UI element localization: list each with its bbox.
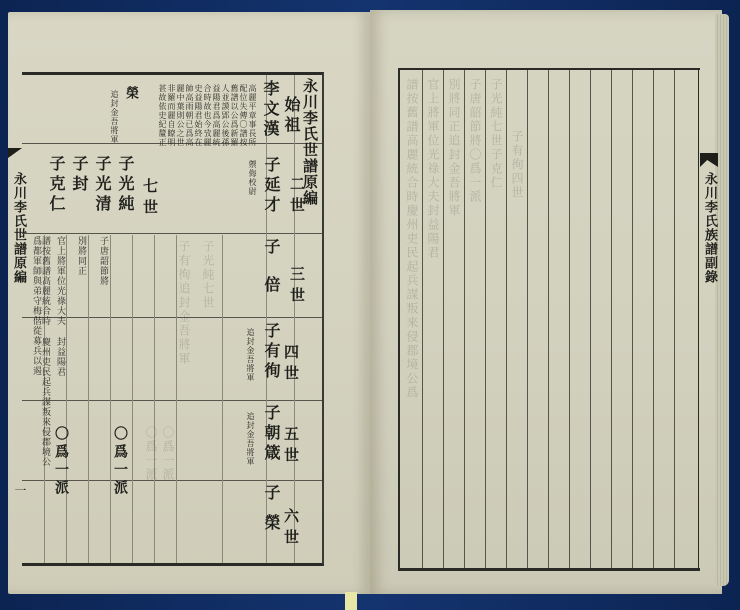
posthumous-title: 追封金吾將軍 (110, 90, 118, 144)
ruled-line (590, 70, 591, 568)
row-divider (22, 317, 322, 318)
gen-3-name: 子倍 (263, 238, 279, 314)
page-edge-stack (715, 14, 729, 586)
gen-7-name-2: 子光清 (94, 155, 110, 215)
col-line (222, 235, 223, 563)
note-official-rank: 官上將軍位光祿大夫 封益陽君 (55, 236, 64, 446)
note-tang: 子唐韶節將 (98, 236, 107, 286)
gen-5-label: 五世 (283, 426, 298, 468)
ruled-line (464, 70, 465, 568)
col-line (66, 235, 67, 563)
fish-tail-mark-icon (8, 148, 22, 158)
descendant-rong: 榮 (124, 86, 137, 103)
founder-notes: 高麗平章事長所 配位失傳〇譜按 舊譜以公爲新羅 人並謨郢公後孫 益陽君爲高麗統 … (146, 84, 256, 148)
col-line (154, 235, 155, 563)
show-through-text: 〇爲一派 (160, 426, 177, 482)
gen-5-title: 追封金吾將軍 (246, 412, 254, 466)
founder-name: 李文漢 (262, 80, 278, 140)
show-through-text: 別將同正追封金吾將軍 (446, 78, 463, 558)
page-number: 一 (14, 484, 26, 496)
gen-7-name-1: 子光純 (117, 155, 133, 215)
gen-7-name-3: 子封 (71, 155, 87, 195)
gen-2-name: 子延才 (263, 156, 279, 216)
note-genealogy: 譜按舊譜高麗統合時 慶州吏民起兵謀叛來侵郡境公爲都軍師與弟守梅偕從募兵以遏 (31, 236, 49, 476)
gen-6-name: 子榮 (263, 484, 279, 544)
gen-4-title: 追封金吾將軍 (246, 328, 254, 382)
gen-7-label: 七世 (142, 178, 157, 220)
gen-2-title: 禦侮校尉 (248, 160, 256, 196)
col-line (294, 75, 295, 563)
show-through-text: 子光純七世 (200, 240, 217, 400)
bookmark-ribbon (345, 592, 357, 610)
gen-2-label: 二世 (289, 176, 304, 218)
show-through-text: 譜按舊譜高麗統合時慶州吏民起兵謀叛來侵郡境公爲 (404, 78, 421, 558)
show-through-text: 子唐韶節將〇爲一派 (467, 78, 484, 558)
col-line (88, 235, 89, 563)
col-line (132, 235, 133, 563)
ruled-line (527, 70, 528, 568)
ruled-line (506, 70, 507, 568)
ruled-line (653, 70, 654, 568)
gen-5-name: 子朝箴 (263, 404, 279, 464)
founder-label: 始祖 (283, 96, 299, 136)
ruled-line (698, 70, 699, 568)
ruled-line (443, 70, 444, 568)
show-through-text: 〇爲一派 (143, 426, 160, 482)
show-through-text: 子有徇追封金吾將軍 (176, 240, 193, 400)
branch-mark-1: 〇爲一派 (54, 426, 68, 498)
gen-4-name: 子有徇 (263, 322, 279, 382)
note-byeoljang: 別將同正 (76, 236, 85, 276)
gen-6-label: 六世 (283, 508, 298, 550)
col-line (110, 235, 111, 563)
branch-mark-2: 〇爲一派 (113, 426, 127, 498)
ruled-line (632, 70, 633, 568)
row-divider (22, 233, 322, 234)
ruled-line (569, 70, 570, 568)
show-through-text: 子光純七世子克仁 (488, 78, 505, 558)
gen-4-label: 四世 (283, 344, 298, 386)
show-through-text: 子有徇四世 (509, 130, 526, 330)
ruled-line (548, 70, 549, 568)
show-through-text: 官上將軍位光祿大夫封益陽君 (425, 78, 442, 558)
gen-3-label: 三世 (289, 266, 304, 308)
row-divider (22, 400, 322, 401)
gen-7-name-4: 子克仁 (48, 155, 64, 215)
ruled-line (674, 70, 675, 568)
right-fold-title: 永川李氏族譜副錄 (703, 172, 716, 284)
ruled-line (422, 70, 423, 568)
ruled-frame: 譜按舊譜高麗統合時慶州吏民起兵謀叛來侵郡境公爲 官上將軍位光祿大夫封益陽君 別將… (398, 68, 700, 571)
ruled-line (611, 70, 612, 568)
ruled-line (485, 70, 486, 568)
